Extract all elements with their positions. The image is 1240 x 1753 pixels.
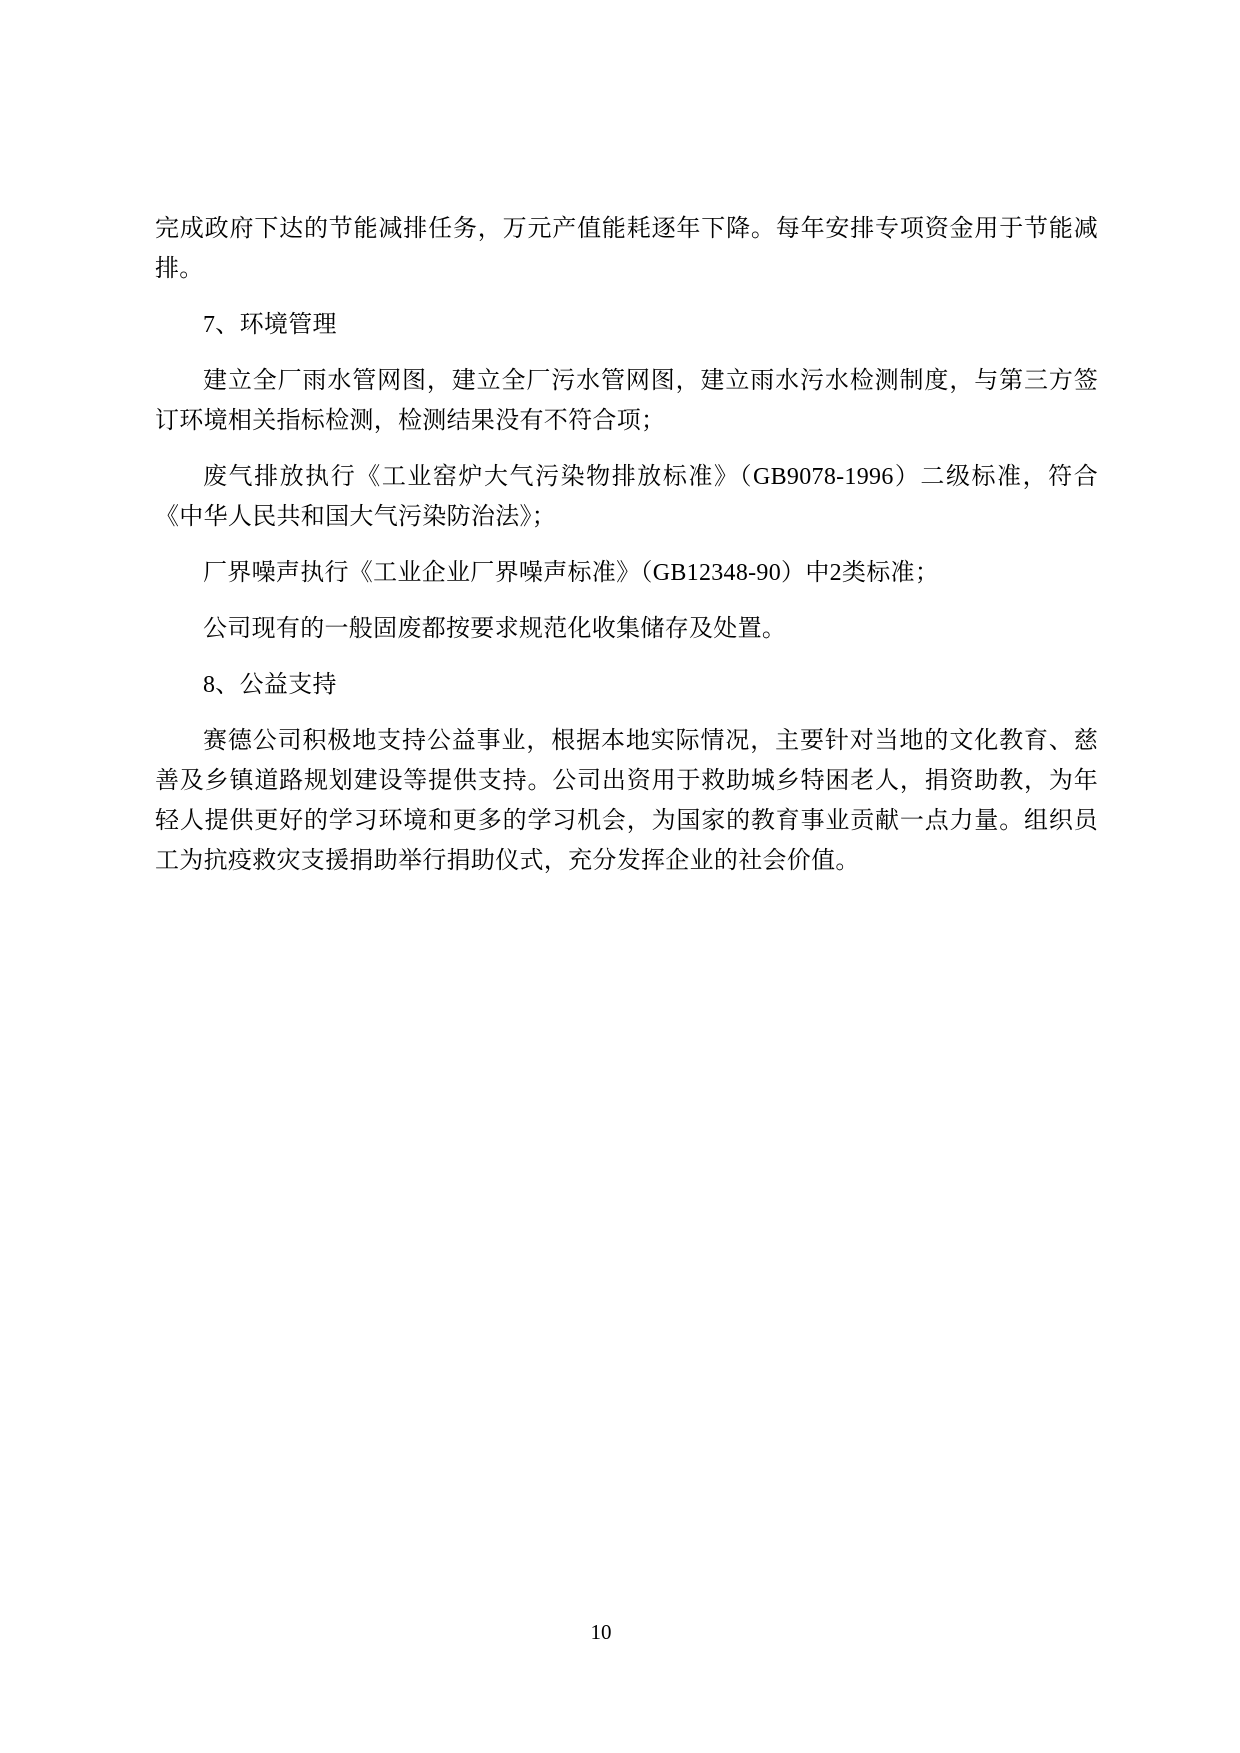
page-number: 10	[0, 1620, 1202, 1644]
section-heading-environment-management: 7、环境管理	[155, 305, 1098, 345]
document-body: 完成政府下达的节能减排任务，万元产值能耗逐年下降。每年安排专项资金用于节能减排。…	[155, 209, 1098, 897]
paragraph-energy-saving-continuation: 完成政府下达的节能减排任务，万元产值能耗逐年下降。每年安排专项资金用于节能减排。	[155, 209, 1098, 289]
document-page: 完成政府下达的节能减排任务，万元产值能耗逐年下降。每年安排专项资金用于节能减排。…	[0, 0, 1240, 1753]
paragraph-solid-waste-handling: 公司现有的一般固废都按要求规范化收集储存及处置。	[155, 609, 1098, 649]
paragraph-pipe-network-monitoring: 建立全厂雨水管网图，建立全厂污水管网图，建立雨水污水检测制度，与第三方签订环境相…	[155, 361, 1098, 441]
section-heading-public-welfare-support: 8、公益支持	[155, 665, 1098, 705]
paragraph-exhaust-gas-standard: 废气排放执行《工业窑炉大气污染物排放标准》（GB9078-1996）二级标准，符…	[155, 457, 1098, 537]
paragraph-boundary-noise-standard: 厂界噪声执行《工业企业厂界噪声标准》（GB12348-90）中2类标准；	[155, 553, 1098, 593]
paragraph-public-welfare-activities: 赛德公司积极地支持公益事业，根据本地实际情况，主要针对当地的文化教育、慈善及乡镇…	[155, 721, 1098, 881]
